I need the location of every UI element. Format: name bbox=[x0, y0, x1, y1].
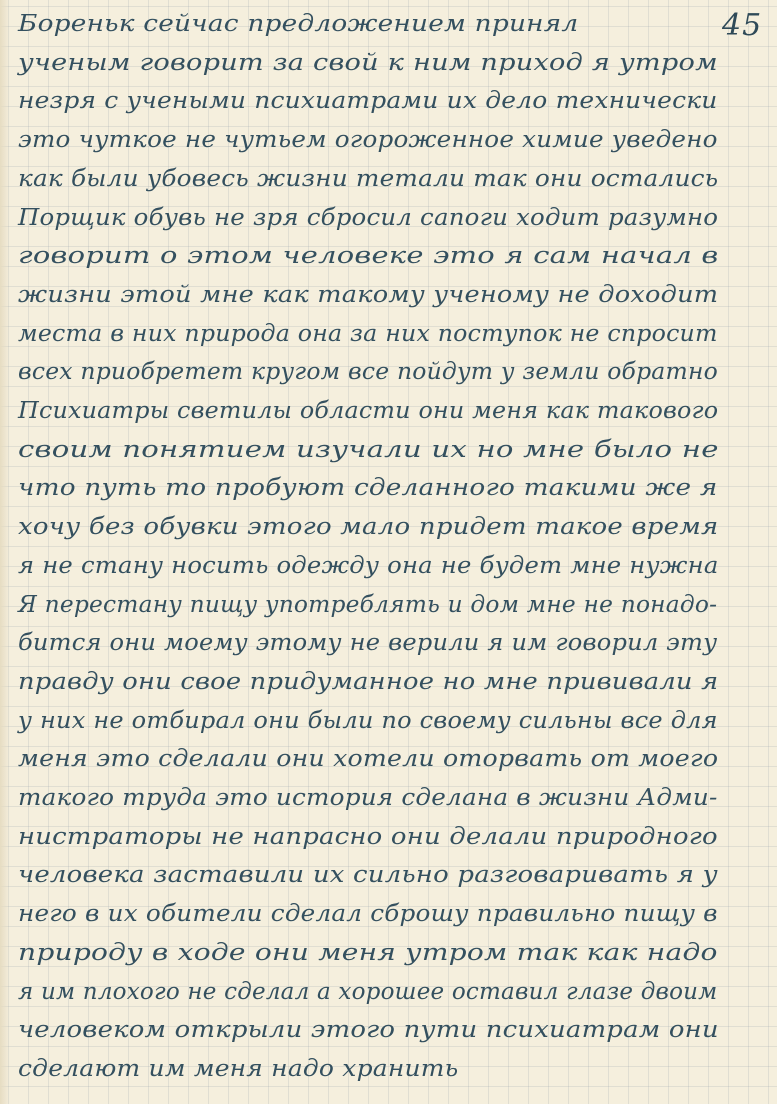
handwritten-line: Порщик обувь не зря сбросил сапоги ходит… bbox=[18, 198, 718, 238]
handwritten-line: человека заставили их сильно разговарива… bbox=[18, 855, 718, 895]
handwritten-line: места в них природа она за них поступок … bbox=[18, 314, 718, 354]
handwritten-line: сделают им меня надо хранить bbox=[18, 1049, 458, 1089]
handwritten-line: такого труда это история сделана в жизни… bbox=[18, 778, 718, 818]
handwritten-line: правду они свое придуманное но мне приви… bbox=[18, 662, 718, 702]
handwritten-line: него в их обители сделал сброшу правильн… bbox=[18, 894, 718, 934]
handwritten-line: Бореньк сейчас предложением принял bbox=[18, 4, 578, 44]
notebook-page: 45 Бореньк сейчас предложением принялуче… bbox=[0, 0, 777, 1104]
handwritten-line: что путь то пробуют сделанного такими же… bbox=[18, 468, 717, 508]
handwritten-line: ученым говорит за свой к ним приход я ут… bbox=[18, 43, 718, 83]
page-binding-edge bbox=[0, 0, 10, 1104]
handwritten-line: человеком открыли этого пути психиатрам … bbox=[18, 1010, 719, 1050]
handwritten-line: незря с учеными психиатрами их дело техн… bbox=[18, 81, 718, 121]
handwritten-line: как были убовесь жизни тетали так они ос… bbox=[18, 159, 718, 199]
handwritten-line: хочу без обувки этого мало придет такое … bbox=[18, 507, 718, 547]
handwritten-line: нистраторы не напрасно они делали природ… bbox=[18, 817, 718, 857]
handwritten-line: у них не отбирал они были по своему силь… bbox=[18, 701, 718, 741]
handwritten-line: я им плохого не сделал а хорошее оставил… bbox=[18, 972, 717, 1012]
handwritten-line: говорит о этом человеке это я сам начал … bbox=[18, 236, 719, 276]
handwritten-line: всех приобретет кругом все пойдут у земл… bbox=[18, 352, 718, 392]
handwritten-line: это чуткое не чутьем огороженное химие у… bbox=[18, 120, 718, 160]
handwritten-line: Я перестану пищу употреблять и дом мне н… bbox=[18, 585, 717, 625]
handwritten-line: я не стану носить одежду она не будет мн… bbox=[18, 546, 719, 586]
handwritten-line: жизни этой мне как такому ученому не дох… bbox=[18, 275, 718, 315]
handwritten-line: своим понятием изучали их но мне было не bbox=[18, 430, 719, 470]
handwritten-line: Психиатры светилы области они меня как т… bbox=[18, 391, 718, 431]
page-number: 45 bbox=[722, 8, 762, 43]
handwritten-line: бится они моему этому не верили я им гов… bbox=[18, 623, 717, 663]
handwritten-line: меня это сделали они хотели оторвать от … bbox=[18, 739, 718, 779]
handwritten-line: природу в ходе они меня утром так как на… bbox=[18, 933, 718, 973]
